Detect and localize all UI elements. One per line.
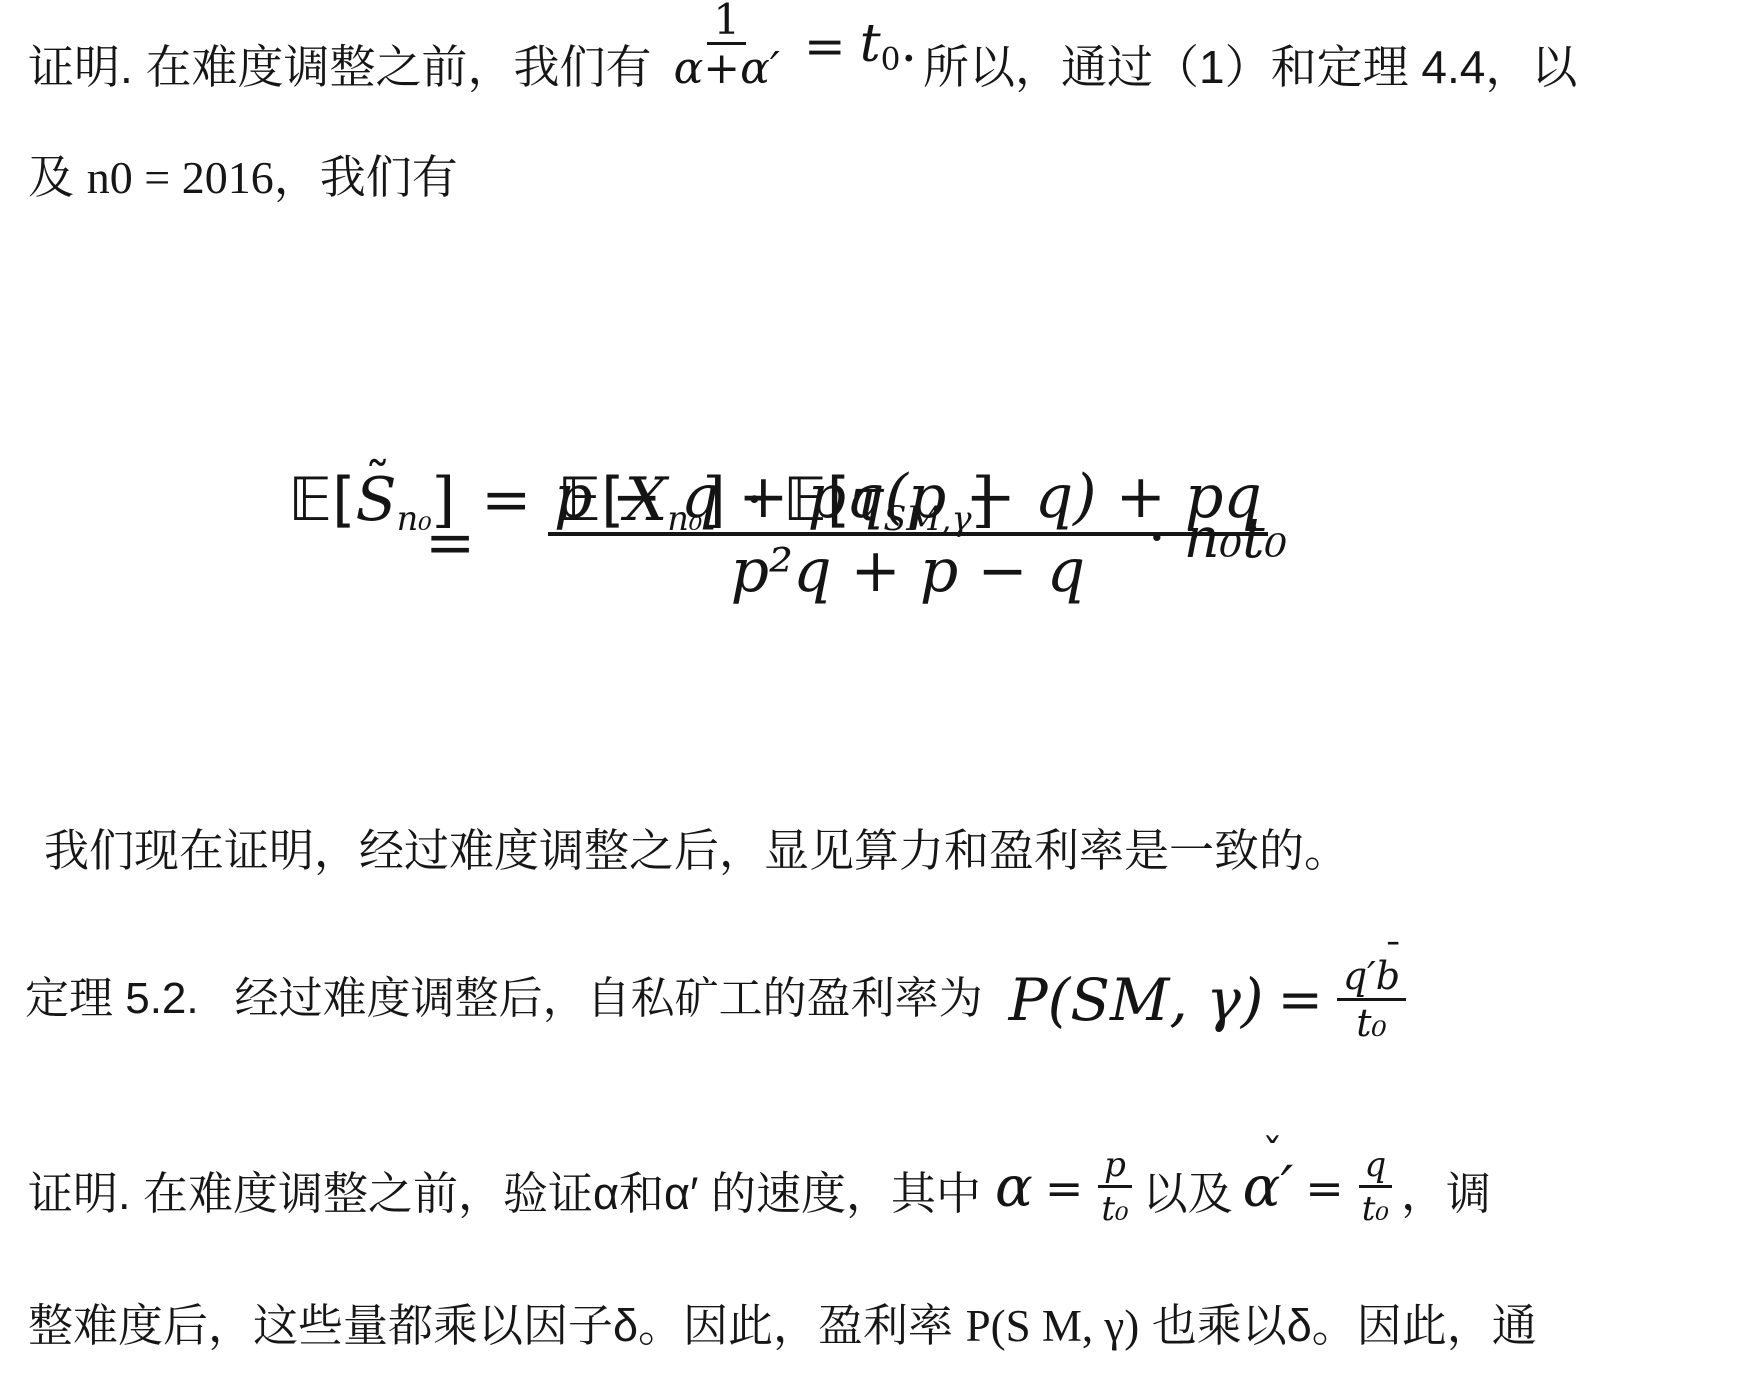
fraction-denominator: α+α′ — [668, 45, 786, 91]
fraction: q′bˉ t₀ — [1337, 956, 1406, 1043]
expectation-operator: 𝔼[ — [288, 465, 355, 535]
n0t0-term: · n₀t₀ — [1148, 504, 1287, 574]
theorem-body: 经过难度调整后，自私矿工的盈利率为 — [235, 940, 983, 1057]
equals-sign: = — [804, 17, 846, 75]
fraction-numerator: 1 — [707, 0, 746, 45]
theorem-5-2: 定理 5.2. 经过难度调整后，自私矿工的盈利率为 P(SM, γ) = q′b… — [25, 940, 1406, 1057]
proof-text-post: ，调 — [1401, 1140, 1491, 1248]
proof-text-mid: 以及 — [1143, 1140, 1233, 1248]
fraction-numerator: q′bˉ — [1337, 956, 1406, 1001]
proof-line-2-text: 整难度后，这些量都乘以因子δ。因此，盈利率 P(S M, γ) 也乘以δ。因此，… — [28, 1300, 1537, 1351]
S-tilde: S˜ — [355, 456, 396, 544]
t0-term: t0. — [860, 14, 917, 78]
alpha-prime: α′ˇ — [1243, 1155, 1294, 1220]
fraction: 1 α+α′ — [668, 0, 786, 91]
profitability-term: P(SM, γ) — [1009, 966, 1264, 1034]
equals-sign: = — [425, 508, 475, 578]
fraction-denominator: p²q + p − q — [725, 536, 1092, 604]
fraction-numerator: q — [1359, 1147, 1393, 1188]
paragraph-1-text-pre: 证明. 在难度调整之前，我们有 — [28, 11, 652, 123]
fraction: p t₀ — [1095, 1147, 1134, 1228]
caron-accent: ˇ — [1262, 1130, 1283, 1179]
equals-sign: = — [1278, 968, 1323, 1031]
formula-alpha: α = p t₀ — [995, 1147, 1135, 1228]
theorem-label: 定理 5.2. — [25, 940, 199, 1057]
paragraph-1-line-2: 及 n0 = 2016，我们有 — [28, 148, 458, 207]
paragraph-1-line-2-text: 及 n0 = 2016，我们有 — [28, 151, 458, 203]
proof-paragraph-line-2: 整难度后，这些量都乘以因子δ。因此，盈利率 P(S M, γ) 也乘以δ。因此，… — [28, 1296, 1537, 1356]
equals-sign: = — [1045, 1161, 1084, 1215]
cdot: · — [1148, 506, 1184, 571]
tilde-accent: ˜ — [365, 439, 391, 527]
equals-sign: = — [481, 465, 531, 535]
fraction-denominator: t₀ — [1095, 1188, 1134, 1228]
formula-alpha-prime: α′ˇ = q t₀ — [1243, 1147, 1395, 1228]
fraction-denominator: t₀ — [1350, 1001, 1393, 1043]
document-page: 证明. 在难度调整之前，我们有 1 α+α′ = t0. 所以，通过（1）和定理… — [0, 0, 1752, 1382]
fraction-numerator: p — [1098, 1147, 1132, 1188]
paragraph-1-text-post: 所以，通过（1）和定理 4.4，以 — [923, 11, 1577, 123]
bar-accent: ˉ — [1384, 937, 1402, 977]
equals-sign: = — [1305, 1161, 1344, 1215]
paragraph-1-line-1: 证明. 在难度调整之前，我们有 1 α+α′ = t0. 所以，通过（1）和定理… — [28, 0, 1577, 123]
fraction: q t₀ — [1356, 1147, 1395, 1228]
paragraph-2: 我们现在证明，经过难度调整之后，显见算力和盈利率是一致的。 — [44, 822, 1349, 880]
proof-paragraph-line-1: 证明. 在难度调整之前，验证α和α′ 的速度，其中 α = p t₀ 以及 α′… — [28, 1140, 1491, 1248]
proof-text-pre: 证明. 在难度调整之前，验证α和α′ 的速度，其中 — [28, 1140, 981, 1248]
inline-formula-alpha-sum: 1 α+α′ = t0. — [668, 0, 917, 91]
theorem-formula: P(SM, γ) = q′bˉ t₀ — [1009, 956, 1406, 1043]
fraction-denominator: t₀ — [1356, 1188, 1395, 1228]
paragraph-2-text: 我们现在证明，经过难度调整之后，显见算力和盈利率是一致的。 — [44, 825, 1349, 876]
